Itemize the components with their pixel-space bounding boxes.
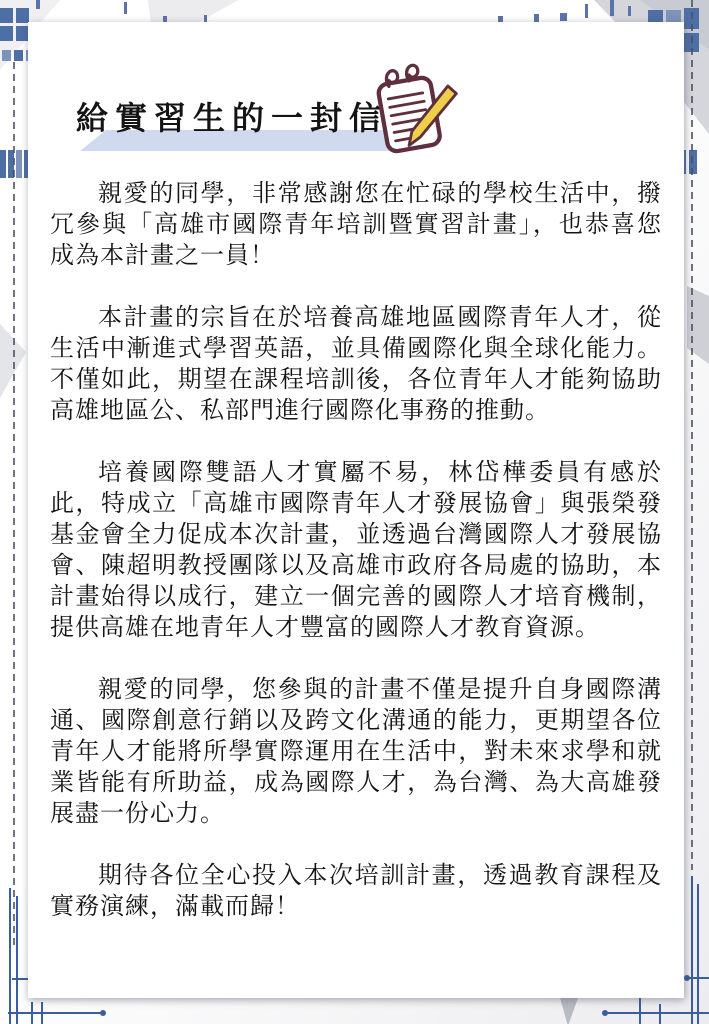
- letter-paragraph: 親愛的同學，您參與的計畫不僅是提升自身國際溝通、國際創意行銷以及跨文化溝通的能力…: [50, 674, 662, 829]
- scattered-tick-marks: [36, 0, 631, 24]
- pencil-tip-shape: [560, 998, 578, 1024]
- letter-paragraph: 培養國際雙語人才實屬不易，林岱樺委員有感於此，特成立「高雄市國際青年人才發展協會…: [50, 457, 662, 643]
- letter-header: 給實習生的一封信: [76, 92, 388, 144]
- letter-body: 親愛的同學，非常感謝您在忙碌的學校生活中，撥冗參與「高雄市國際青年培訓暨實習計畫…: [50, 178, 662, 922]
- letter-paragraph: 本計畫的宗旨在於培養高雄地區國際青年人才，從生活中漸進式學習英語，並具備國際化與…: [50, 302, 662, 426]
- letter-paragraph: 親愛的同學，非常感謝您在忙碌的學校生活中，撥冗參與「高雄市國際青年培訓暨實習計畫…: [50, 178, 662, 271]
- letter-paragraph: 期待各位全心投入本次培訓計畫，透過教育課程及實務演練，滿載而歸！: [50, 860, 662, 922]
- page-title: 給實習生的一封信: [76, 92, 388, 144]
- letter-page: 給實習生的一封信 親愛的同學，非常感謝您在忙碌的學校生活中，撥冗參與「高雄市國際…: [28, 22, 684, 998]
- notepad-pencil-icon: [358, 60, 462, 162]
